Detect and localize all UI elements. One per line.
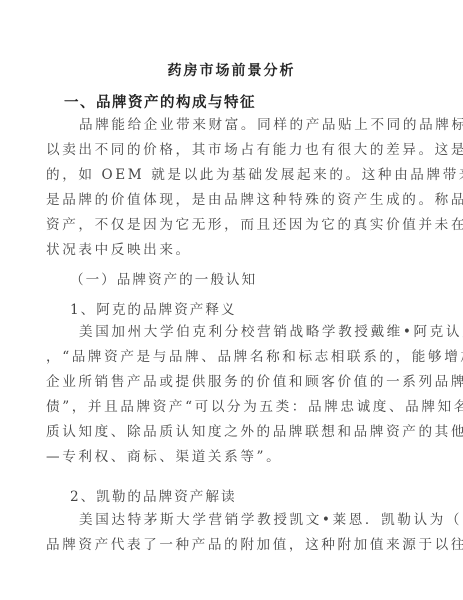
text-line: 美国加州大学伯克利分校营销战略学教授戴维•阿克认为（1991）	[46, 320, 412, 345]
item-heading-keller: 2、凯勒的品牌资产解读	[70, 485, 237, 505]
text-line: 品牌能给企业带来财富。同样的产品贴上不同的品牌标签，就可	[46, 113, 412, 138]
paragraph-aaker: 美国加州大学伯克利分校营销战略学教授戴维•阿克认为（1991） ，“品牌资产是与…	[46, 320, 412, 470]
text-line: 资产，不仅是因为它无形，而且还因为它的真实价值并未在企业财务	[46, 213, 412, 238]
text-line: —专利权、商标、渠道关系等”。	[46, 445, 412, 470]
text-line: 状况表中反映出来。	[46, 238, 412, 263]
item-heading-aaker: 1、阿克的品牌资产释义	[70, 298, 237, 318]
text-line: 品牌资产代表了一种产品的附加值，这种附加值来源于以往对此品牌	[46, 533, 412, 558]
text-line: 质认知度、除品质认知度之外的品牌联想和品牌资产的其他专有权—	[46, 420, 412, 445]
text-line: 企业所销售产品或提供服务的价值和顾客价值的一系列品牌资产与负	[46, 370, 412, 395]
text-line: 以卖出不同的价格，其市场占有能力也有很大的差异。这是人所共知	[46, 138, 412, 163]
document-page: 药房市场前景分析 一、品牌资产的构成与特征 品牌能给企业带来财富。同样的产品贴上…	[0, 0, 463, 600]
section-heading: 一、品牌资产的构成与特征	[64, 91, 256, 112]
paragraph-keller: 美国达特茅斯大学营销学教授凯文•莱恩．凯勒认为（1998），“ 品牌资产代表了一…	[46, 508, 412, 558]
paragraph-brand-wealth: 品牌能给企业带来财富。同样的产品贴上不同的品牌标签，就可 以卖出不同的价格，其市…	[46, 113, 412, 263]
text-line: 的，如 OEM 就是以此为基础发展起来的。这种由品牌带来的超值利益	[46, 163, 412, 188]
document-title: 药房市场前景分析	[0, 60, 463, 80]
text-line: 是品牌的价值体现，是由品牌这种特殊的资产生成的。称品牌是特殊	[46, 188, 412, 213]
text-line: ，“品牌资产是与品牌、品牌名称和标志相联系的，能够增加或减少	[46, 345, 412, 370]
subsection-heading: （一）品牌资产的一般认知	[70, 268, 257, 288]
text-line: 美国达特茅斯大学营销学教授凯文•莱恩．凯勒认为（1998），“	[46, 508, 412, 533]
text-line: 债”，并且品牌资产“可以分为五类：品牌忠诚度、品牌知名度、品	[46, 395, 412, 420]
